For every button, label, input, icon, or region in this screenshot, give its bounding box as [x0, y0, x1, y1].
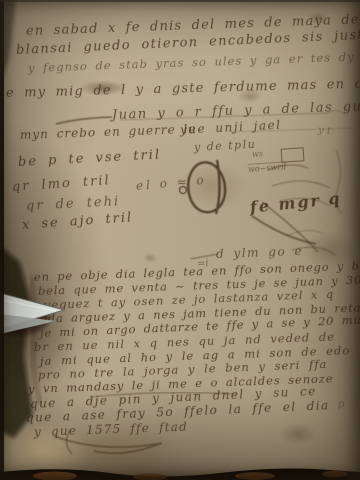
manuscript-photo: en sabad x fe dnis del mes de maya de ju…	[0, 0, 360, 480]
vignette	[0, 0, 360, 480]
